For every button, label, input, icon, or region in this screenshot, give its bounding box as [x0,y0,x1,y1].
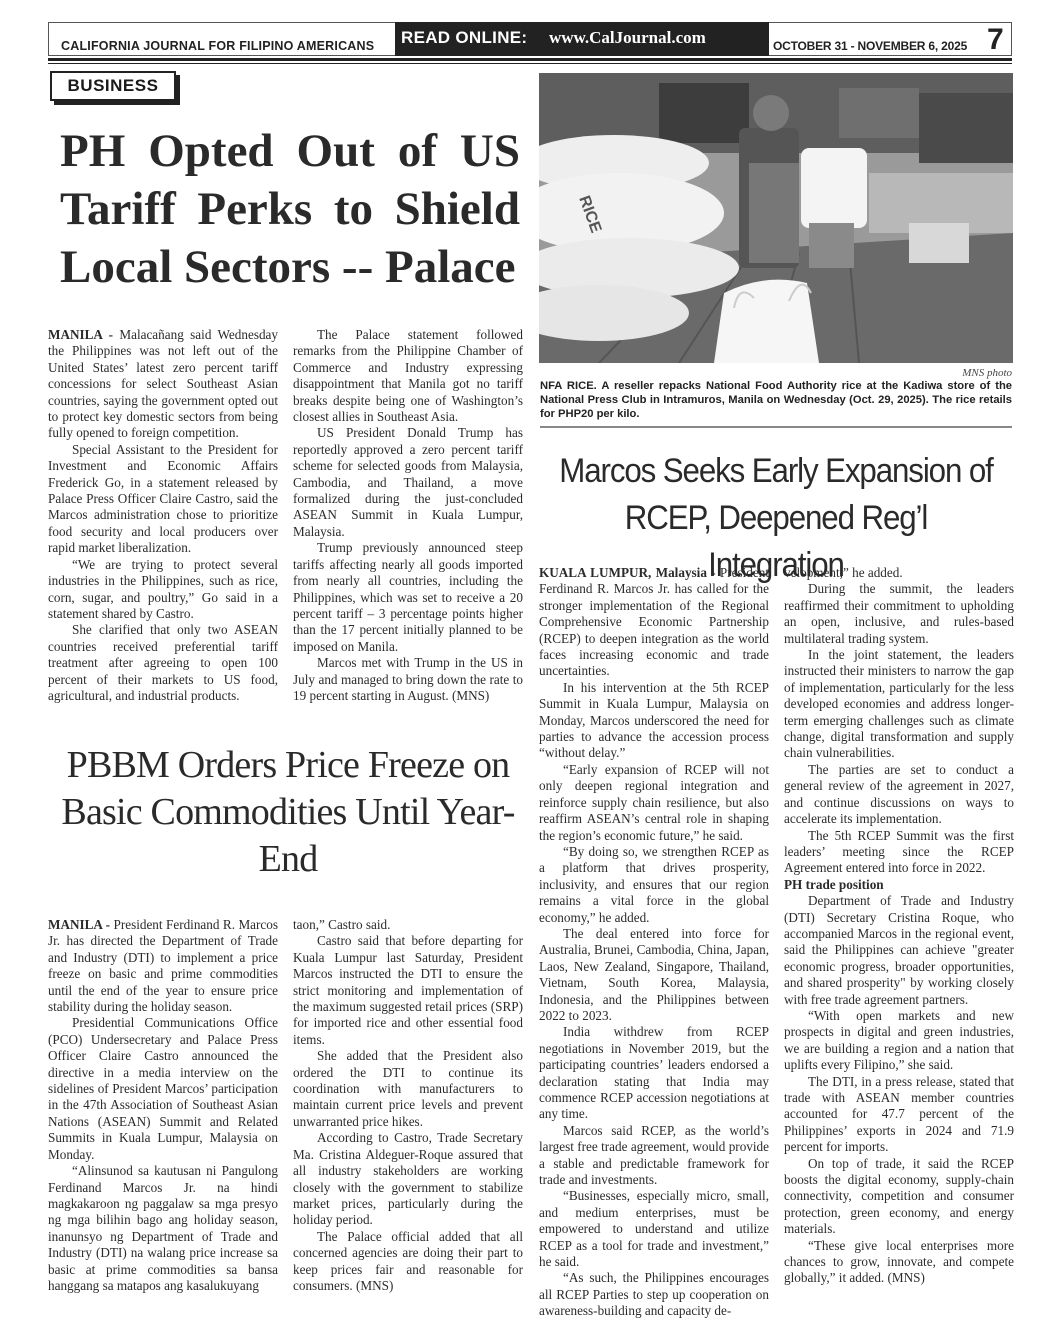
article-3-paragraph: Marcos said RCEP, as the world’s largest… [539,1123,769,1189]
masthead: CALIFORNIA JOURNAL FOR FILIPINO AMERICAN… [48,22,1012,56]
issue-date-range: OCTOBER 31 - NOVEMBER 6, 2025 [773,39,967,53]
article-1-column-2: The Palace statement followed remarks fr… [293,327,523,704]
article-3-paragraph: “Early expansion of RCEP will not only d… [539,762,769,844]
article-1-paragraph: “We are trying to protect several indust… [48,557,278,623]
article-3-paragraph: India withdrew from RCEP negotiations in… [539,1024,769,1122]
article-1-paragraph: The Palace statement followed remarks fr… [293,327,523,425]
article-3-column-2: velopment,” he added. During the summit,… [784,565,1014,1287]
article-3-paragraph: “Businesses, especially micro, small, an… [539,1188,769,1270]
article-2-paragraph: Presidential Communications Office (PCO)… [48,1015,278,1163]
article-2-headline: PBBM Orders Price Freeze on Basic Commod… [48,742,528,883]
article-3-paragraph: In his intervention at the 5th RCEP Summ… [539,680,769,762]
photo-credit: MNS photo [540,367,1012,379]
article-1-paragraph: MANILA - Malacañang said Wednesday the P… [48,327,278,442]
article-3-dateline: KUALA LUMPUR, Malaysia - [539,565,716,580]
article-1-paragraph: Trump previously announced steep tariffs… [293,540,523,655]
article-2-paragraph: taon,” Castro said. [293,917,523,933]
masthead-rule-thin [48,63,1012,64]
article-2-dateline: MANILA - [48,917,110,932]
publication-name: CALIFORNIA JOURNAL FOR FILIPINO AMERICAN… [61,39,374,53]
section-label: BUSINESS [50,71,176,101]
article-3-paragraph: The DTI, in a press release, stated that… [784,1074,1014,1156]
article-3-paragraph: The parties are set to conduct a general… [784,762,1014,828]
article-3-paragraph: The deal entered into force for Australi… [539,926,769,1024]
article-2-paragraph: Castro said that before departing for Ku… [293,933,523,1048]
article-2-paragraph: She added that the President also ordere… [293,1048,523,1130]
read-online-banner: READ ONLINE: www.CalJournal.com [395,22,769,56]
article-3-paragraph: Department of Trade and Industry (DTI) S… [784,893,1014,1008]
photo-caption: NFA RICE. A reseller repacks National Fo… [540,379,1012,421]
article-2-column-1: MANILA - President Ferdinand R. Marcos J… [48,917,278,1294]
website-link[interactable]: www.CalJournal.com [549,28,706,48]
newspaper-page: CALIFORNIA JOURNAL FOR FILIPINO AMERICAN… [0,0,1061,1339]
article-3-paragraph: “These give local enterprises more chanc… [784,1238,1014,1287]
article-2-paragraph: MANILA - President Ferdinand R. Marcos J… [48,917,278,1015]
article-3-paragraph: On top of trade, it said the RCEP boosts… [784,1156,1014,1238]
article-3-paragraph: “By doing so, we strengthen RCEP as a pl… [539,844,769,926]
article-3-paragraph: During the summit, the leaders reaffirme… [784,581,1014,647]
article-1-paragraph: She clarified that only two ASEAN countr… [48,622,278,704]
article-3-paragraph: “As such, the Philippines encourages all… [539,1270,769,1319]
article-1-paragraph: US President Donald Trump has reportedly… [293,425,523,540]
rice-photo-illustration: RICE [539,73,1013,363]
read-online-label: READ ONLINE: [401,28,527,48]
article-3-paragraph: The 5th RCEP Summit was the first leader… [784,828,1014,877]
article-2-column-2: taon,” Castro said. Castro said that bef… [293,917,523,1294]
article-1-column-1: MANILA - Malacañang said Wednesday the P… [48,327,278,704]
article-1-paragraph: Special Assistant to the President for I… [48,442,278,557]
masthead-rule [48,58,1012,61]
article-1-dateline: MANILA - [48,327,113,342]
article-1-paragraph: Marcos met with Trump in the US in July … [293,655,523,704]
article-3-paragraph: In the joint statement, the leaders inst… [784,647,1014,762]
article-3-paragraph: “With open markets and new prospects in … [784,1008,1014,1074]
article-2-paragraph: “Alinsunod sa kautusan ni Pangulong Ferd… [48,1163,278,1294]
article-3-paragraph: velopment,” he added. [784,565,1014,581]
article-2-paragraph: The Palace official added that all conce… [293,1229,523,1295]
page-number: 7 [987,23,1004,57]
article-3-paragraph: KUALA LUMPUR, Malaysia - President Ferdi… [539,565,769,680]
news-photo: RICE [539,73,1013,363]
article-2-paragraph: According to Castro, Trade Secretary Ma.… [293,1130,523,1228]
article-3-subhead: PH trade position [784,877,1014,893]
article-1-headline: PH Opted Out of US Tariff Perks to Shiel… [60,122,520,296]
caption-divider [540,426,1012,428]
article-3-column-1: KUALA LUMPUR, Malaysia - President Ferdi… [539,565,769,1320]
